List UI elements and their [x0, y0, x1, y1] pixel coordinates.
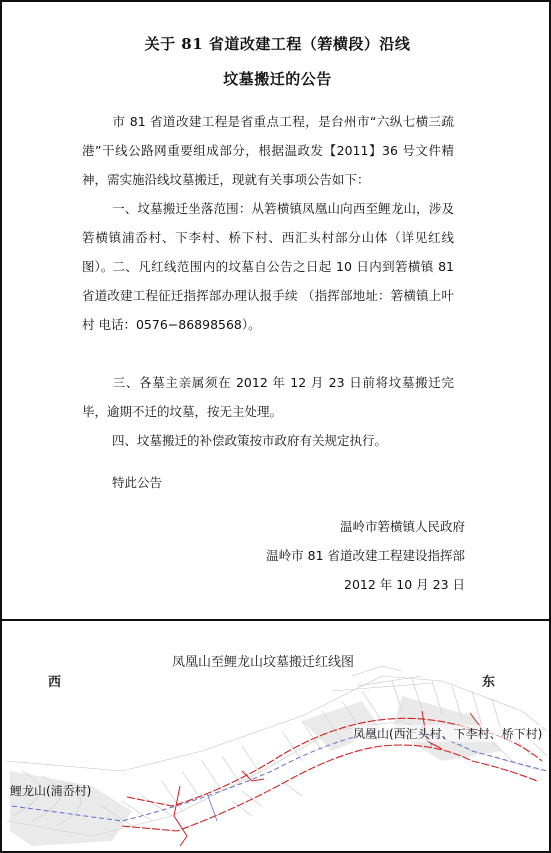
paragraph-item4: 四、坟墓搬迁的补偿政策按市政府有关规定执行。 [82, 426, 454, 455]
map-label-fenghuangshan: 凤凰山(西汇头村、下李村、桥下村) [353, 725, 542, 742]
paragraph-closing: 特此公告 [82, 468, 454, 497]
direction-west-label: 西 [48, 671, 61, 690]
direction-east-label: 东 [482, 671, 495, 690]
terrain-shading [10, 696, 502, 846]
signature-org2: 温岭市 81 省道改建工程建设指挥部 [266, 546, 465, 564]
paragraph-item3: 三、各墓主亲属须在 2012 年 12 月 23 日前将坟墓搬迁完毕，逾期不迁的… [82, 368, 454, 426]
map-label-lilongshan: 鲤龙山(浦岙村) [10, 782, 91, 799]
notice-title-line1: 关于 81 省道改建工程（箬横段）沿线 [2, 33, 551, 54]
notice-section: 关于 81 省道改建工程（箬横段）沿线 坟墓搬迁的公告 市 81 省道改建工程是… [0, 0, 551, 621]
signature-org1: 温岭市箬横镇人民政府 [340, 517, 465, 535]
announcement-page: 关于 81 省道改建工程（箬横段）沿线 坟墓搬迁的公告 市 81 省道改建工程是… [0, 0, 551, 853]
notice-title-line2: 坟墓搬迁的公告 [2, 68, 551, 89]
redline-south [122, 745, 537, 831]
redline-map: 凤凰山至鲤龙山坟墓搬迁红线图 西 东 凤凰山(西汇头村、下李村、桥下村) 鲤龙山… [0, 621, 551, 853]
signature-date: 2012 年 10 月 23 日 [344, 575, 465, 593]
paragraph-item2: 二、凡红线范围内的坟墓自公告之日起 10 日内到箬横镇 81 省道改建工程征迁指… [82, 252, 454, 339]
map-title: 凤凰山至鲤龙山坟墓搬迁红线图 [172, 651, 354, 670]
paragraph-intro: 市 81 省道改建工程是省重点工程，是台州市“六纵七横三疏港”干线公路网重要组成… [82, 107, 454, 194]
